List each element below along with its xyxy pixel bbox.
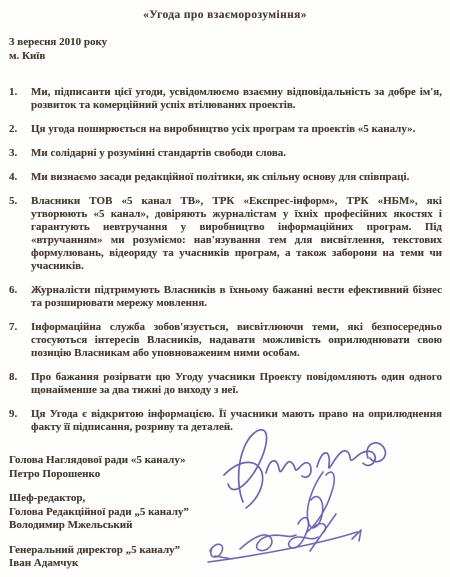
- clause-text: Власники ТОВ «5 канал ТВ», ТРК «Експрес-…: [31, 195, 442, 273]
- clause-number: 5.: [9, 195, 22, 273]
- clause-list: 1. Ми, підписанти цієї угоди, усвідомлює…: [9, 86, 442, 434]
- signatory-role: Генеральний директор „5 каналу”: [9, 544, 189, 558]
- signatory-name: Петро Порошенко: [9, 468, 189, 482]
- signatory-adamchuk: Генеральний директор „5 каналу” Іван Ада…: [9, 544, 189, 571]
- handwritten-signatures-icon: [205, 418, 405, 575]
- clause-item: 1. Ми, підписанти цієї угоди, усвідомлює…: [9, 86, 442, 112]
- clause-number: 3.: [9, 147, 22, 160]
- clause-item: 8. Про бажання розірвати цю Угоду учасни…: [9, 371, 442, 397]
- signature-adamchuk-icon: [208, 514, 361, 562]
- document-page: «Угода про взаєморозуміння» 3 вересня 20…: [0, 0, 450, 577]
- clause-item: 4. Ми визнаємо засади редакційної політи…: [9, 171, 442, 184]
- signatory-role: Голова Редакційної ради „5 каналу”: [9, 506, 189, 520]
- clause-item: 6. Журналісти підтримують Власників в їх…: [9, 284, 442, 310]
- signature-section: Голова Наглядової ради «5 каналу» Петро …: [9, 454, 189, 577]
- signatory-name: Володимир Мжельський: [9, 519, 189, 533]
- clause-text: Інформаційна служба зобов'язується, висв…: [31, 321, 442, 360]
- signatory-role: Голова Наглядової ради «5 каналу»: [9, 454, 189, 468]
- clause-number: 1.: [9, 86, 22, 112]
- clause-number: 7.: [9, 321, 22, 360]
- date-block: 3 вересня 2010 року м. Київ: [9, 35, 450, 63]
- city-line: м. Київ: [9, 49, 450, 63]
- clause-text: Ця Угода є відкритою інформацією. Її уча…: [31, 408, 442, 434]
- clause-text: Журналісти підтримують Власників в їхньо…: [31, 284, 442, 310]
- clause-number: 6.: [9, 284, 22, 310]
- document-title: «Угода про взаєморозуміння»: [0, 0, 450, 21]
- signatory-name: Іван Адамчук: [9, 557, 189, 571]
- clause-number: 2.: [9, 123, 22, 136]
- clause-number: 8.: [9, 371, 22, 397]
- clause-item: 2. Ця угода поширюється на виробництво у…: [9, 123, 442, 136]
- clause-item: 7. Інформаційна служба зобов'язується, в…: [9, 321, 442, 360]
- signatory-poroshenko: Голова Наглядової ради «5 каналу» Петро …: [9, 454, 189, 481]
- clause-text: Ми визнаємо засади редакційної політики,…: [31, 171, 442, 184]
- signature-mzhelskyi-icon: [307, 472, 334, 532]
- clause-text: Ми солідарні у розумінні стандартів своб…: [31, 147, 442, 160]
- clause-text: Про бажання розірвати цю Угоду учасники …: [31, 371, 442, 397]
- clause-text: Ми, підписанти цієї угоди, усвідомлюємо …: [31, 86, 442, 112]
- signatory-role: Шеф-редактор,: [9, 492, 189, 506]
- clause-item: 3. Ми солідарні у розумінні стандартів с…: [9, 147, 442, 160]
- signatory-mzhelskyi: Шеф-редактор, Голова Редакційної ради „5…: [9, 492, 189, 533]
- clause-number: 4.: [9, 171, 22, 184]
- clause-number: 9.: [9, 408, 22, 434]
- clause-text: Ця угода поширюється на виробництво усіх…: [31, 123, 442, 136]
- date-line: 3 вересня 2010 року: [9, 35, 450, 49]
- signature-poroshenko-icon: [224, 430, 385, 508]
- clause-item: 5. Власники ТОВ «5 канал ТВ», ТРК «Експр…: [9, 195, 442, 273]
- clause-item: 9. Ця Угода є відкритою інформацією. Її …: [9, 408, 442, 434]
